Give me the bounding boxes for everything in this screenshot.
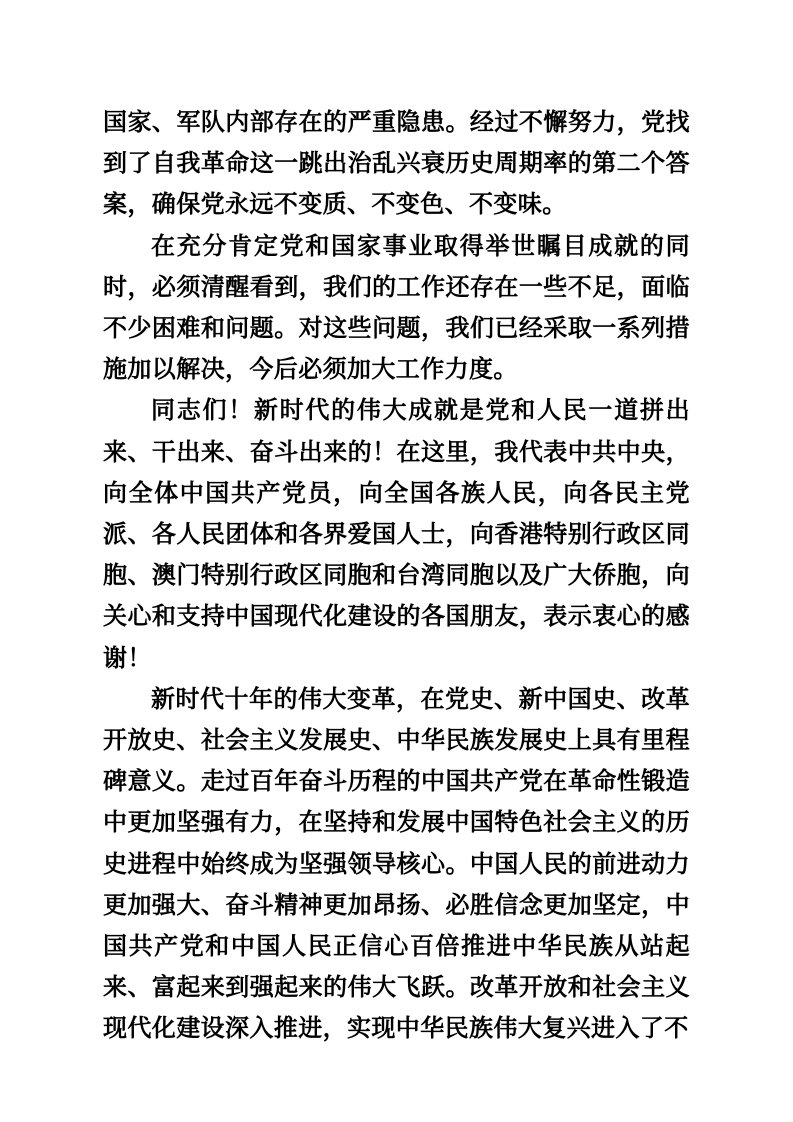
document-page: 国家、军队内部存在的严重隐患。经过不懈努力，党找到了自我革命这一跳出治乱兴衰历史… (0, 0, 793, 1122)
text-paragraph: 同志们！新时代的伟大成就是党和人民一道拼出来、干出来、奋斗出来的！在这里，我代表… (103, 391, 690, 679)
text-paragraph: 新时代十年的伟大变革，在党史、新中国史、改革开放史、社会主义发展史、中华民族发展… (103, 680, 690, 1051)
text-paragraph: 在充分肯定党和国家事业取得举世瞩目成就的同时，必须清醒看到，我们的工作还存在一些… (103, 227, 690, 392)
text-paragraph-continuation: 国家、军队内部存在的严重隐患。经过不懈努力，党找到了自我革命这一跳出治乱兴衰历史… (103, 103, 690, 227)
